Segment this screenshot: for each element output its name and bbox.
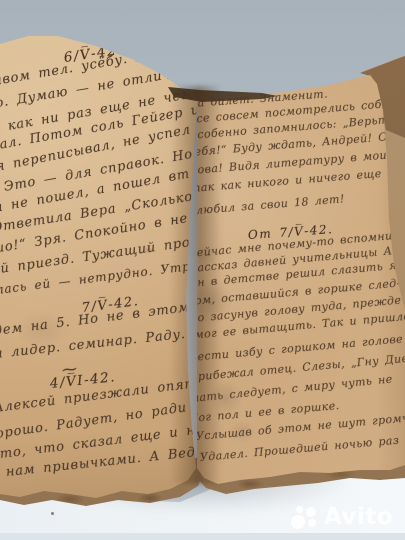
avito-logo-icon: [291, 503, 318, 531]
diary-photo: 6/V̅-42. авом тел. усёбу. Лешка б ю. Дум…: [0, 0, 405, 540]
dust-speck: [51, 512, 54, 515]
gutter-shadow: [170, 86, 222, 484]
watermark-text: Avito: [324, 506, 393, 529]
avito-watermark: Avito: [291, 503, 393, 531]
table-edge: [0, 533, 405, 540]
